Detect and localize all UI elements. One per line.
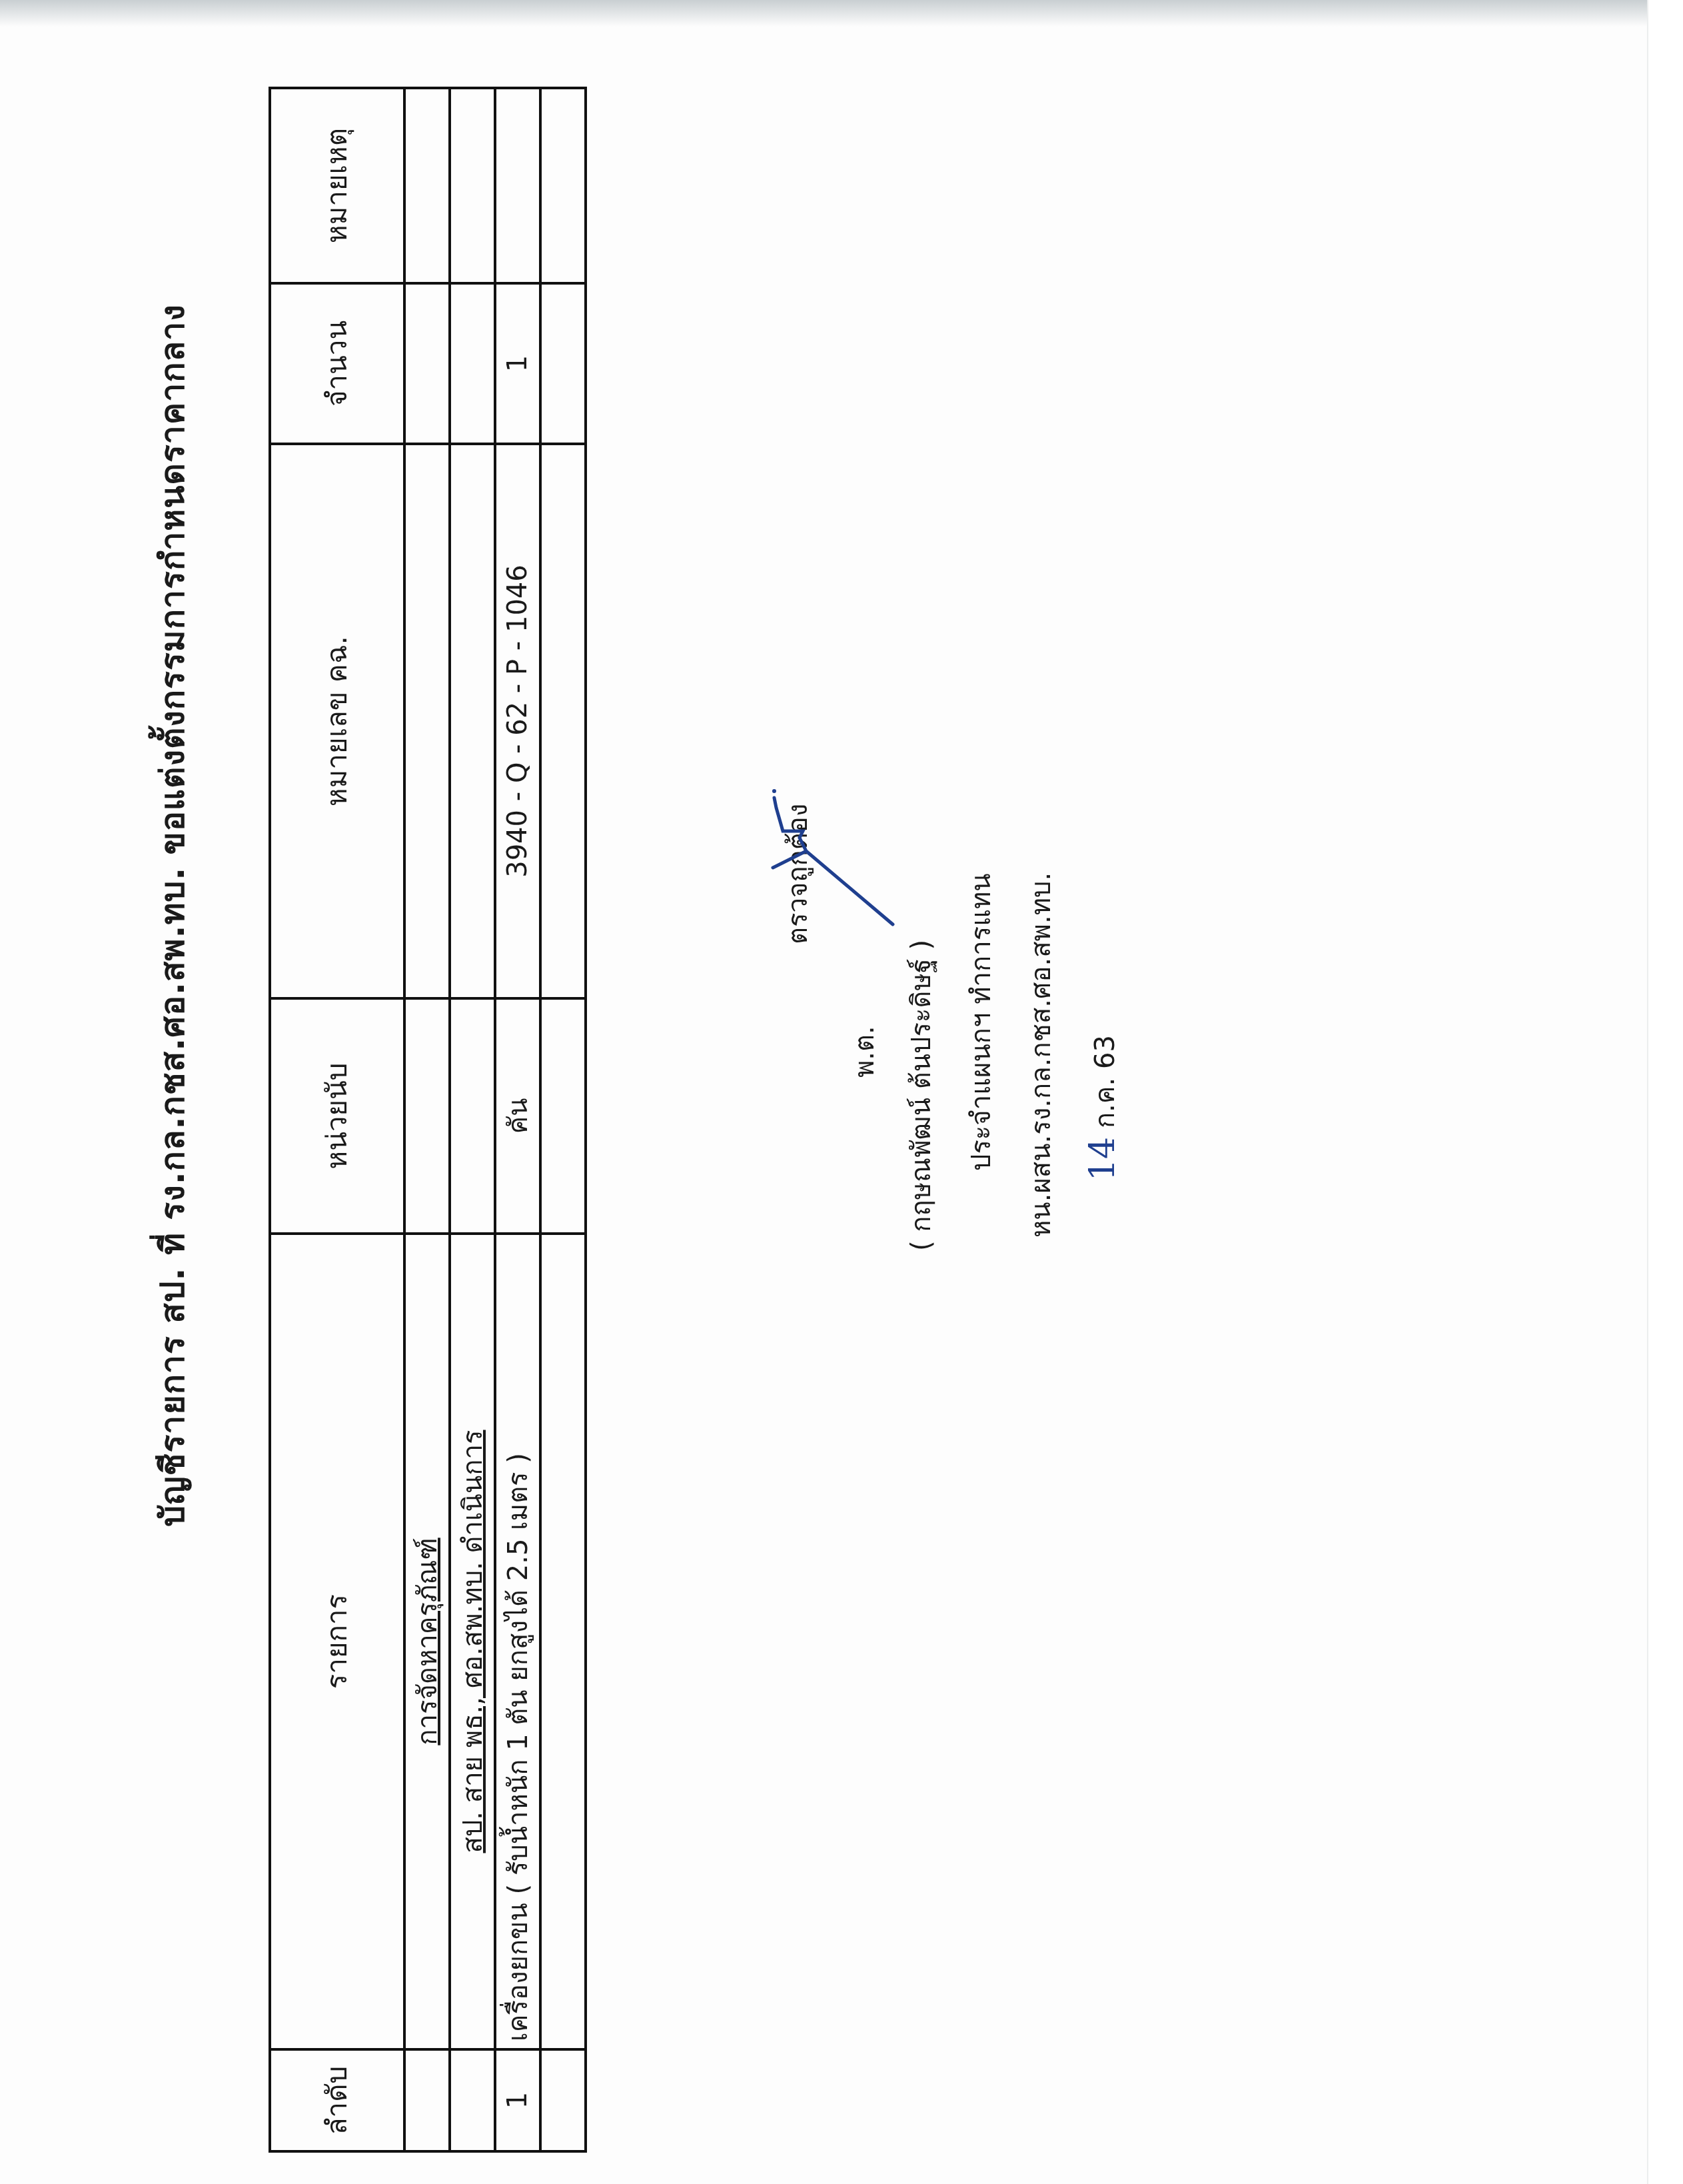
cell-order bbox=[450, 2049, 495, 2151]
cell-remark bbox=[540, 88, 586, 283]
cell-quantity: 1 bbox=[495, 283, 540, 444]
cell-stock-number bbox=[540, 444, 586, 998]
header-stock-number: หมายเลข คฉ. bbox=[270, 444, 404, 998]
cell-order: 1 bbox=[495, 2049, 540, 2151]
signature-icon bbox=[766, 778, 899, 931]
cell-item: สป. สาย พธ., ศอ.สพ.ทบ. ดำเนินการ bbox=[450, 1234, 495, 2049]
signer-name: ( กฤษณพัฒน์ ต้นประดิษฐ์ ) bbox=[899, 940, 942, 1251]
cell-item bbox=[540, 1234, 586, 2049]
cell-quantity bbox=[404, 283, 450, 444]
cell-quantity bbox=[450, 283, 495, 444]
cell-unit bbox=[404, 998, 450, 1234]
cell-item: การจัดหาครุภัณฑ์ bbox=[404, 1234, 450, 2049]
underlined-text: การจัดหาครุภัณฑ์ bbox=[412, 1538, 443, 1745]
cell-stock-number bbox=[404, 444, 450, 998]
table-row: สป. สาย พธ., ศอ.สพ.ทบ. ดำเนินการ bbox=[450, 88, 495, 2151]
cell-remark bbox=[450, 88, 495, 283]
cell-quantity bbox=[540, 283, 586, 444]
table-header-row: ลำดับ รายการ หน่วยนับ หมายเลข คฉ. จำนวน … bbox=[270, 88, 404, 2151]
table-row: 1เครื่องยกขน ( รับน้ำหนัก 1 ตัน ยกสูงได้… bbox=[495, 88, 540, 2151]
cell-order bbox=[404, 2049, 450, 2151]
cell-item: เครื่องยกขน ( รับน้ำหนัก 1 ตัน ยกสูงได้ … bbox=[495, 1234, 540, 2049]
cell-stock-number: 3940 - Q - 62 - P - 1046 bbox=[495, 444, 540, 998]
underlined-text: สป. สาย พธ., ศอ.สพ.ทบ. ดำเนินการ bbox=[458, 1430, 488, 1853]
cell-unit bbox=[450, 998, 495, 1234]
document-title: บัญชีรายการ สป. ที่ รง.กล.กชส.ศอ.สพ.ทบ. … bbox=[147, 0, 199, 2184]
header-item: รายการ bbox=[270, 1234, 404, 2049]
cell-unit: คัน bbox=[495, 998, 540, 1234]
table-row: การจัดหาครุภัณฑ์ bbox=[404, 88, 450, 2151]
header-order: ลำดับ bbox=[270, 2049, 404, 2151]
sign-date: 14 ก.ค. 63 bbox=[1083, 1035, 1126, 1181]
cell-unit bbox=[540, 998, 586, 1234]
date-month-year: ก.ค. 63 bbox=[1090, 1035, 1121, 1128]
cell-order bbox=[540, 2049, 586, 2151]
signer-position-line2: หน.ผสน.รง.กล.กชส.ศอ.สพ.ทบ. bbox=[1019, 872, 1062, 1238]
cell-remark bbox=[495, 88, 540, 283]
cell-stock-number bbox=[450, 444, 495, 998]
rotated-page: บัญชีรายการ สป. ที่ รง.กล.กชส.ศอ.สพ.ทบ. … bbox=[0, 0, 1683, 2184]
header-unit: หน่วยนับ bbox=[270, 998, 404, 1234]
header-quantity: จำนวน bbox=[270, 283, 404, 444]
table-row bbox=[540, 88, 586, 2151]
signer-position-line1: ประจำแผนกฯ ทำการแทน bbox=[959, 873, 1002, 1171]
handwritten-day: 14 bbox=[1083, 1137, 1123, 1181]
header-remark: หมายเหตุ bbox=[270, 88, 404, 283]
signer-rank: พ.ต. bbox=[843, 1026, 885, 1078]
item-table: ลำดับ รายการ หน่วยนับ หมายเลข คฉ. จำนวน … bbox=[269, 87, 587, 2153]
cell-remark bbox=[404, 88, 450, 283]
